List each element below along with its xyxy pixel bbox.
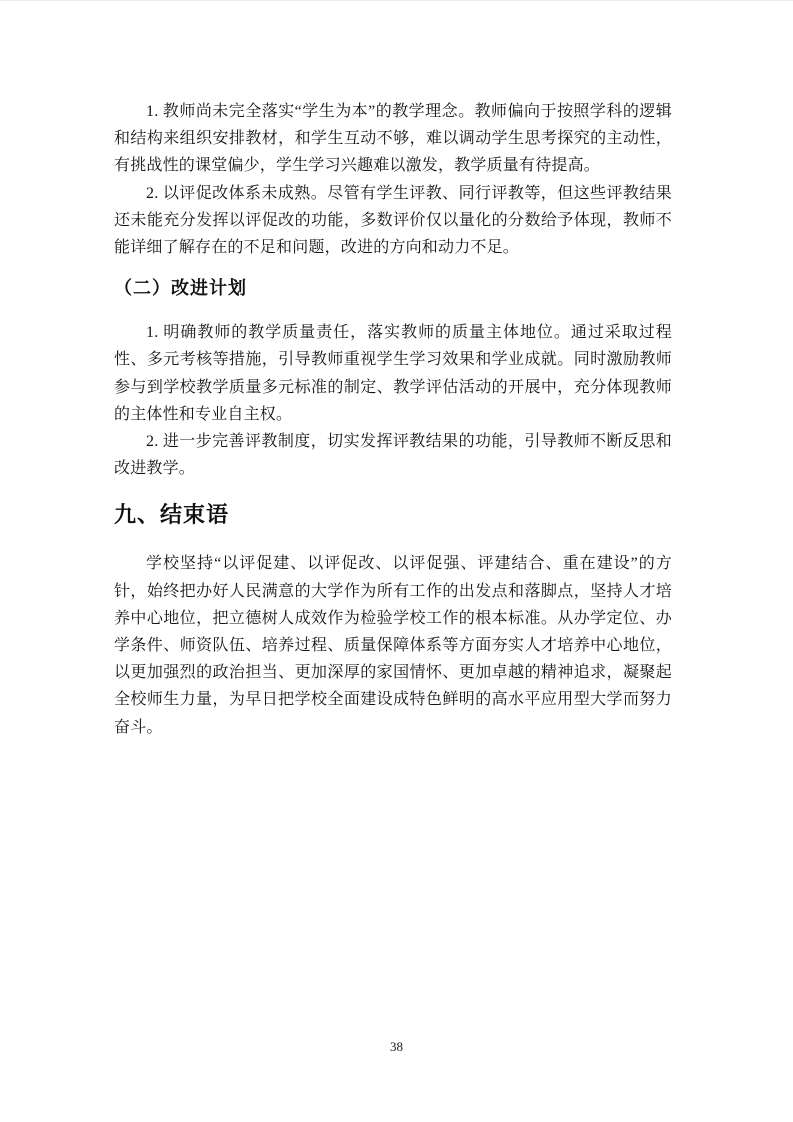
document-page: 1. 教师尚未完全落实“学生为本”的教学理念。教师偏向于按照学科的逻辑和结构来组… xyxy=(0,0,793,1122)
improvement-paragraph-1: 1. 明确教师的教学质量责任，落实教师的质量主体地位。通过采取过程性、多元考核等… xyxy=(114,319,672,428)
page-number: 38 xyxy=(0,1039,793,1055)
conclusion-heading: 九、结束语 xyxy=(114,498,672,532)
conclusion-paragraph: 学校坚持“以评促建、以评促改、以评促强、评建结合、重在建设”的方针，始终把办好人… xyxy=(114,550,672,740)
page-content: 1. 教师尚未完全落实“学生为本”的教学理念。教师偏向于按照学科的逻辑和结构来组… xyxy=(114,98,672,741)
improvement-plan-heading: （二）改进计划 xyxy=(114,273,672,303)
problems-paragraph-1: 1. 教师尚未完全落实“学生为本”的教学理念。教师偏向于按照学科的逻辑和结构来组… xyxy=(114,98,672,180)
improvement-paragraph-2: 2. 进一步完善评教制度，切实发挥评教结果的功能，引导教师不断反思和改进教学。 xyxy=(114,428,672,482)
problems-paragraph-2: 2. 以评促改体系未成熟。尽管有学生评教、同行评教等，但这些评教结果还未能充分发… xyxy=(114,180,672,262)
